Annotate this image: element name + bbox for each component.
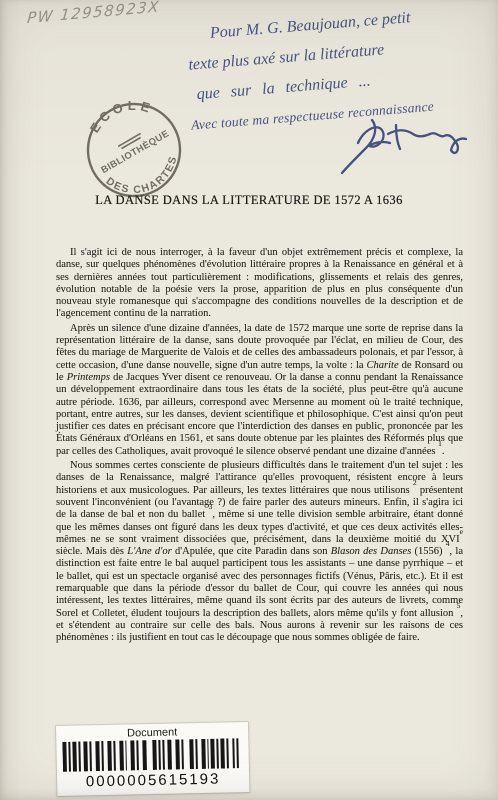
svg-text:ECOLE: ECOLE [82, 98, 160, 139]
paragraph: Nous sommes certes consciente de plusieu… [56, 460, 463, 644]
scanned-document-page: PW 12958923X Pour M. G. Beaujouan, ce pe… [0, 0, 498, 800]
signature-icon [338, 112, 478, 177]
stamp-top-text: ECOLE [82, 98, 160, 139]
paragraph: Après un silence d'une dizaine d'années,… [56, 323, 463, 458]
barcode-sticker: Document 0000005615193 [56, 722, 249, 796]
call-number-handwritten: PW 12958923X [26, 0, 160, 27]
paragraph: Il s'agit ici de nous interroger, à la f… [56, 247, 463, 321]
stamp-middle-text: BIBLIOTHÈQUE [99, 128, 171, 176]
article-body: Il s'agit ici de nous interroger, à la f… [56, 247, 463, 647]
library-stamp: ECOLE DES CHARTES BIBLIOTHÈQUE [82, 98, 186, 202]
barcode-number: 0000005615193 [86, 770, 221, 792]
article-title: LA DANSE DANS LA LITTERATURE DE 1572 A 1… [0, 193, 498, 208]
barcode-label: Document [127, 726, 177, 739]
barcode-icon [62, 738, 243, 772]
